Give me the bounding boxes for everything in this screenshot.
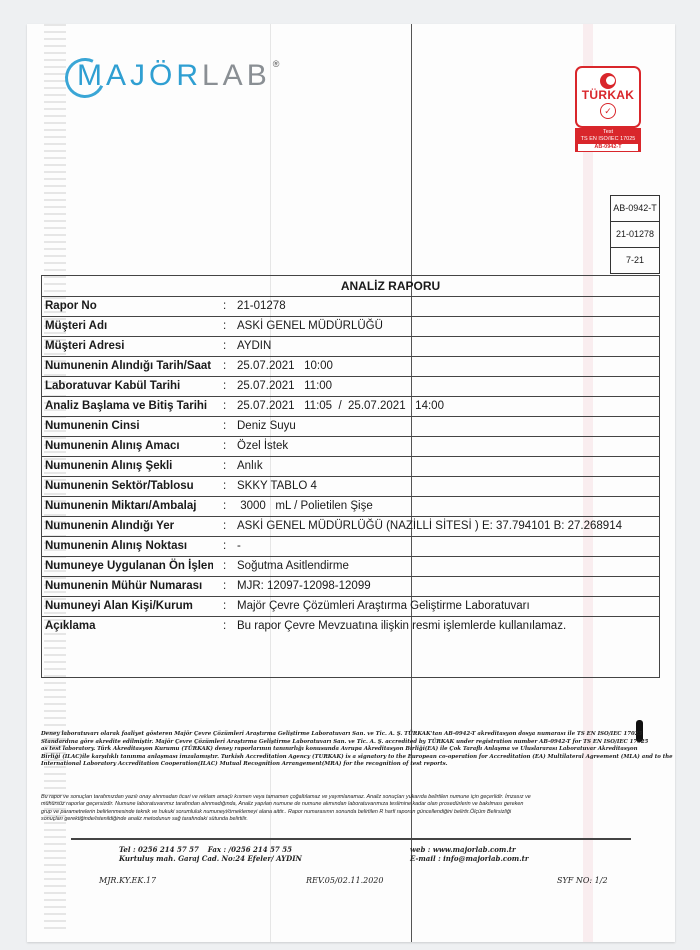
row-label: Numunenin Alınış Şekli: [42, 457, 213, 476]
table-row: Numunenin Alınış Noktası:-: [42, 537, 659, 557]
stamp-accreditation-no: AB-0942-T: [611, 196, 659, 222]
crescent-star-icon: [600, 73, 616, 89]
turkak-name-part1: TÜRK: [582, 88, 617, 102]
footer-revision: REV.05/02.11.2020: [306, 876, 383, 885]
row-value: SKKY TABLO 4: [237, 480, 317, 492]
row-value: Soğutma Asitlendirme: [237, 560, 349, 572]
registered-mark: ®: [273, 59, 284, 69]
row-value: -: [237, 540, 241, 552]
footer-online: web : www.majorlab.com.tr E-mail : info@…: [410, 845, 529, 863]
paragraph-line: Bu rapor ve sonuçları tarafımızdan yazıl…: [41, 794, 661, 801]
disclaimer-statement: Bu rapor ve sonuçları tarafımızdan yazıl…: [41, 794, 661, 824]
row-value: ASKİ GENEL MÜDÜRLÜĞÜ (NAZİLLİ SİTESİ ) E…: [237, 520, 622, 532]
row-value: 21-01278: [237, 300, 286, 312]
row-label: Rapor No: [42, 297, 213, 316]
row-label: Numunenin Cinsi: [42, 417, 213, 436]
row-value: Anlık: [237, 460, 263, 472]
paragraph-line: sonuçları gerektiğinde/istenildiğinde an…: [41, 816, 661, 823]
row-label: Numunenin Alındığı Yer: [42, 517, 213, 536]
row-label: Numunenin Alınış Noktası: [42, 537, 213, 556]
footer-contact: Tel : 0256 214 57 57 Fax : /0256 214 57 …: [119, 845, 302, 863]
row-value: Deniz Suyu: [237, 420, 296, 432]
paragraph-line: as test laboratory. Türk Akreditasyon Ku…: [41, 746, 661, 754]
footer-form-code: MJR.KY.EK.17: [99, 876, 156, 885]
table-row: Numuneyi Alan Kişi/Kurum:Majör Çevre Çöz…: [42, 597, 659, 617]
table-row: Numunenin Alındığı Yer:ASKİ GENEL MÜDÜRL…: [42, 517, 659, 537]
row-value: ASKİ GENEL MÜDÜRLÜĞÜ: [237, 320, 383, 332]
table-row: Müşteri Adı:ASKİ GENEL MÜDÜRLÜĞÜ: [42, 317, 659, 337]
footer-page-number: SYF NO: 1/2: [557, 876, 608, 885]
row-label: Numunenin Alındığı Tarih/Saat: [42, 357, 213, 376]
footer-email[interactable]: E-mail : info@majorlab.com.tr: [410, 854, 529, 863]
table-row: Müşteri Adresi:AYDIN: [42, 337, 659, 357]
turkak-accreditation-badge: TÜRKAK ✓ Test TS EN ISO/IEC 17025 AB-094…: [575, 66, 641, 151]
footer-tel: Tel : 0256 214 57 57: [119, 845, 199, 854]
stamp-box: AB-0942-T 21-01278 7-21: [610, 195, 660, 274]
row-label: Numuneyi Alan Kişi/Kurum: [42, 597, 213, 616]
row-label: Analiz Başlama ve Bitiş Tarihi: [42, 397, 213, 416]
row-label: Numunenin Sektör/Tablosu: [42, 477, 213, 496]
report-title: ANALİZ RAPORU: [42, 276, 659, 297]
row-value: 3000 mL / Polietilen Şişe: [237, 500, 373, 512]
table-row: Rapor No:21-01278: [42, 297, 659, 317]
logo-brand-secondary: LAB: [202, 59, 271, 92]
row-value: 25.07.2021 11:05 / 25.07.2021 14:00: [237, 400, 444, 412]
footer-web[interactable]: web : www.majorlab.com.tr: [410, 845, 516, 854]
table-row: Numunenin Cinsi:Deniz Suyu: [42, 417, 659, 437]
table-row: Numuneye Uygulanan Ön İşlem:Soğutma Asit…: [42, 557, 659, 577]
check-circle-icon: ✓: [600, 103, 616, 119]
row-value: Majör Çevre Çözümleri Araştırma Geliştir…: [237, 600, 530, 612]
row-value: 25.07.2021 10:00: [237, 360, 333, 372]
table-row: Numunenin Alınış Amacı:Özel İstek: [42, 437, 659, 457]
row-label: Müşteri Adı: [42, 317, 213, 336]
paragraph-line: mühürsüz raporlar geçersizdir. Numune la…: [41, 801, 661, 808]
table-row-note: Açıklama :Bu rapor Çevre Mevzuatına iliş…: [42, 617, 659, 677]
stamp-period: 7-21: [611, 248, 659, 273]
paragraph-line: Deney laboratuvarı olarak faaliyet göste…: [41, 731, 661, 739]
paragraph-line: International Laboratory Accreditation C…: [41, 761, 661, 769]
footer-fax: Fax : /0256 214 57 55: [208, 845, 292, 854]
table-row: Numunenin Miktarı/Ambalaj: 3000 mL / Pol…: [42, 497, 659, 517]
row-label: Müşteri Adresi: [42, 337, 213, 356]
row-label: Numunenin Mühür Numarası: [42, 577, 213, 596]
table-row: Analiz Başlama ve Bitiş Tarihi:25.07.202…: [42, 397, 659, 417]
table-row: Laboratuvar Kabül Tarihi:25.07.2021 11:0…: [42, 377, 659, 397]
row-label: Numuneye Uygulanan Ön İşlem: [42, 557, 213, 576]
stamp-report-no: 21-01278: [611, 222, 659, 248]
footer-address: Kurtuluş mah. Garaj Cad. No:24 Efeler/ A…: [119, 854, 302, 863]
table-row: Numunenin Alınış Şekli:Anlık: [42, 457, 659, 477]
table-row: Numunenin Alındığı Tarih/Saat:25.07.2021…: [42, 357, 659, 377]
table-row: Numunenin Mühür Numarası:MJR: 12097-1209…: [42, 577, 659, 597]
document-page: MAJÖRLAB® TÜRKAK ✓ Test TS EN ISO/IEC 17…: [27, 24, 675, 942]
row-label: Numunenin Alınış Amacı: [42, 437, 213, 456]
row-label: Açıklama: [42, 617, 213, 677]
row-value: Özel İstek: [237, 440, 288, 452]
turkak-band-line1: Test: [575, 129, 641, 136]
turkak-band-code: AB-0942-T: [578, 144, 638, 151]
footer-divider: [71, 838, 631, 840]
row-label: Numunenin Miktarı/Ambalaj: [42, 497, 213, 516]
row-value: 25.07.2021 11:00: [237, 380, 332, 392]
table-row: Numunenin Sektör/Tablosu:SKKY TABLO 4: [42, 477, 659, 497]
row-label: Laboratuvar Kabül Tarihi: [42, 377, 213, 396]
accreditation-statement: Deney laboratuvarı olarak faaliyet göste…: [41, 731, 661, 769]
majorlab-logo: MAJÖRLAB®: [65, 54, 283, 98]
analysis-report-table: ANALİZ RAPORU Rapor No:21-01278Müşteri A…: [41, 275, 660, 678]
turkak-name-part2: AK: [616, 88, 634, 102]
row-value: AYDIN: [237, 340, 271, 352]
row-value: Bu rapor Çevre Mevzuatına ilişkin resmi …: [237, 620, 566, 632]
paragraph-line: grup ve parametrelerin belirlenmesinde t…: [41, 809, 661, 816]
row-value: MJR: 12097-12098-12099: [237, 580, 371, 592]
turkak-band-line2: TS EN ISO/IEC 17025: [575, 136, 641, 143]
